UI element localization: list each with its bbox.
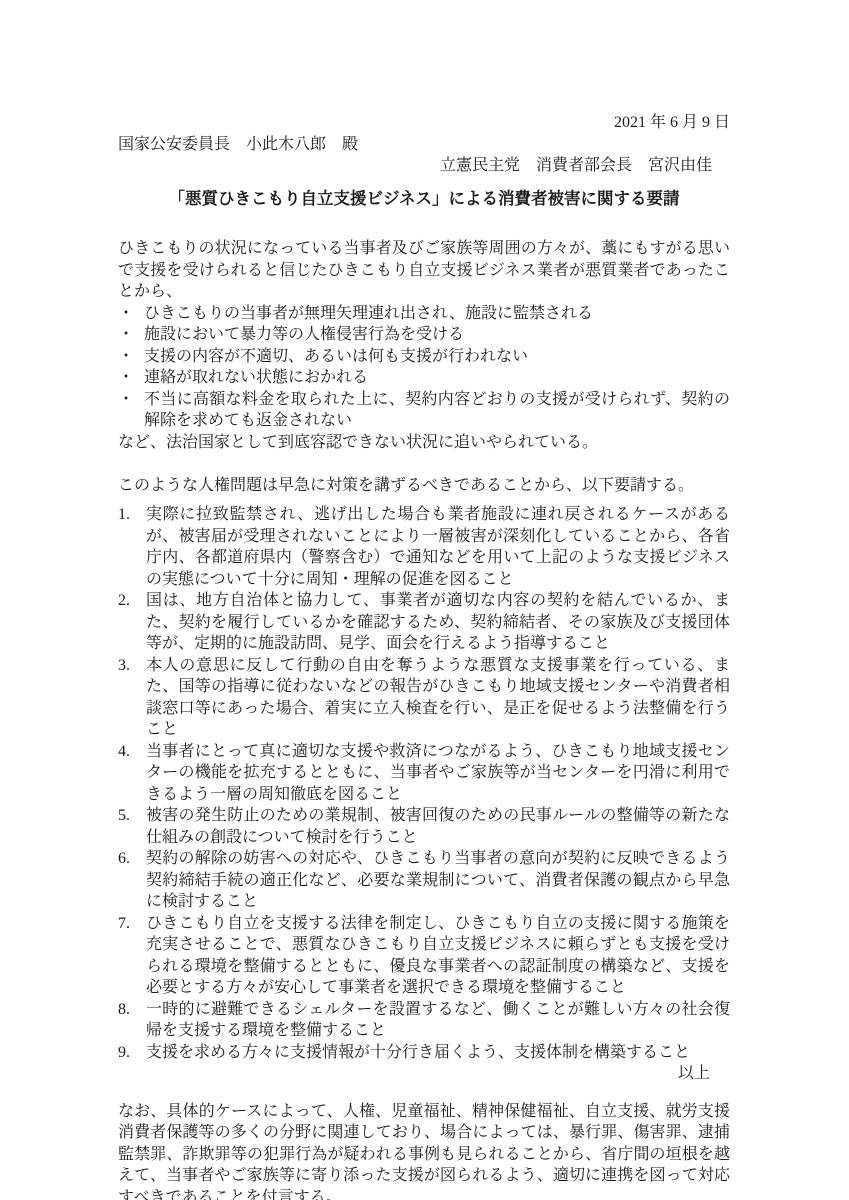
request-item: 4. 当事者にとって真に適切な支援や救済につながるよう、ひきこもり地域支援センタ… <box>118 741 730 806</box>
request-item: 7. ひきこもり自立を支援する法律を制定し、ひきこもり自立の支援に関する施策を充… <box>118 913 730 999</box>
sender-line: 立憲民主党 消費者部会長 宮沢由佳 <box>118 155 730 177</box>
bullet-marker: ・ <box>118 303 144 325</box>
bullet-text: 連絡が取れない状態におかれる <box>144 367 730 389</box>
bullet-marker: ・ <box>118 324 144 346</box>
bullet-text: 不当に高額な料金を取られた上に、契約内容どおりの支援が受けられず、契約の解除を求… <box>144 389 730 432</box>
intro-closing-line: など、法治国家として到底容認できない状況に追いやられている。 <box>118 432 730 454</box>
request-text: 実際に拉致監禁され、逃げ出した場合も業者施設に連れ戻されるケースがあるが、被害届… <box>146 504 730 590</box>
document-date: 2021 年 6 月 9 日 <box>118 112 730 134</box>
request-item: 3. 本人の意思に反して行動の自由を奪うような悪質な支援事業を行っている、また、… <box>118 655 730 741</box>
request-text: 被害の発生防止のための業規制、被害回復のための民事ルールの整備等の新たな仕組みの… <box>146 805 730 848</box>
request-number: 3. <box>118 655 146 677</box>
request-text: 支援を求める方々に支援情報が十分行き届くよう、支援体制を構築すること <box>146 1042 730 1064</box>
document-page: 2021 年 6 月 9 日 国家公安委員長 小此木八郎 殿 立憲民主党 消費者… <box>0 0 849 1200</box>
bullet-text: 施設において暴力等の人権侵害行為を受ける <box>144 324 730 346</box>
bullet-text: ひきこもりの当事者が無理矢理連れ出され、施設に監禁される <box>144 303 730 325</box>
lead-sentence: このような人権問題は早急に対策を講ずるべきであることから、以下要請する。 <box>118 475 730 497</box>
document-title: 「悪質ひきこもり自立支援ビジネス」による消費者被害に関する要請 <box>118 188 730 210</box>
request-text: 一時的に避難できるシェルターを設置するなど、働くことが難しい方々の社会復帰を支援… <box>146 999 730 1042</box>
bullet-marker: ・ <box>118 367 144 389</box>
request-text: 契約の解除の妨害への対応や、ひきこもり当事者の意向が契約に反映できるよう契約締結… <box>146 848 730 913</box>
request-number: 7. <box>118 913 146 935</box>
request-item: 5. 被害の発生防止のための業規制、被害回復のための民事ルールの整備等の新たな仕… <box>118 805 730 848</box>
request-text: ひきこもり自立を支援する法律を制定し、ひきこもり自立の支援に関する施策を充実させ… <box>146 913 730 999</box>
recipient-line: 国家公安委員長 小此木八郎 殿 <box>118 134 730 156</box>
request-item: 9. 支援を求める方々に支援情報が十分行き届くよう、支援体制を構築すること <box>118 1042 730 1064</box>
request-number: 6. <box>118 848 146 870</box>
request-item: 2. 国は、地方自治体と協力して、事業者が適切な内容の契約を結んでいるか、また、… <box>118 590 730 655</box>
request-text: 本人の意思に反して行動の自由を奪うような悪質な支援事業を行っている、また、国等の… <box>146 655 730 741</box>
intro-paragraph: ひきこもりの状況になっている当事者及びご家族等周囲の方々が、藁にもすがる思いで支… <box>118 238 730 303</box>
request-number: 1. <box>118 504 146 526</box>
bullet-item: ・ 不当に高額な料金を取られた上に、契約内容どおりの支援が受けられず、契約の解除… <box>118 389 730 432</box>
closing-mark: 以上 <box>118 1063 730 1085</box>
bullet-text: 支援の内容が不適切、あるいは何も支援が行われない <box>144 346 730 368</box>
postscript-paragraph: なお、具体的ケースによって、人権、児童福祉、精神保健福祉、自立支援、就労支援消費… <box>118 1101 730 1200</box>
bullet-item: ・ 施設において暴力等の人権侵害行為を受ける <box>118 324 730 346</box>
bullet-item: ・ 連絡が取れない状態におかれる <box>118 367 730 389</box>
bullet-marker: ・ <box>118 389 144 411</box>
request-number: 9. <box>118 1042 146 1064</box>
request-item: 8. 一時的に避難できるシェルターを設置するなど、働くことが難しい方々の社会復帰… <box>118 999 730 1042</box>
request-text: 当事者にとって真に適切な支援や救済につながるよう、ひきこもり地域支援センターの機… <box>146 741 730 806</box>
bullet-item: ・ ひきこもりの当事者が無理矢理連れ出され、施設に監禁される <box>118 303 730 325</box>
request-number: 5. <box>118 805 146 827</box>
harm-bullet-list: ・ ひきこもりの当事者が無理矢理連れ出され、施設に監禁される ・ 施設において暴… <box>118 303 730 432</box>
request-number: 8. <box>118 999 146 1021</box>
request-number: 4. <box>118 741 146 763</box>
request-text: 国は、地方自治体と協力して、事業者が適切な内容の契約を結んでいるか、また、契約を… <box>146 590 730 655</box>
request-item: 1. 実際に拉致監禁され、逃げ出した場合も業者施設に連れ戻されるケースがあるが、… <box>118 504 730 590</box>
request-list: 1. 実際に拉致監禁され、逃げ出した場合も業者施設に連れ戻されるケースがあるが、… <box>118 504 730 1063</box>
bullet-item: ・ 支援の内容が不適切、あるいは何も支援が行われない <box>118 346 730 368</box>
request-item: 6. 契約の解除の妨害への対応や、ひきこもり当事者の意向が契約に反映できるよう契… <box>118 848 730 913</box>
request-number: 2. <box>118 590 146 612</box>
bullet-marker: ・ <box>118 346 144 368</box>
